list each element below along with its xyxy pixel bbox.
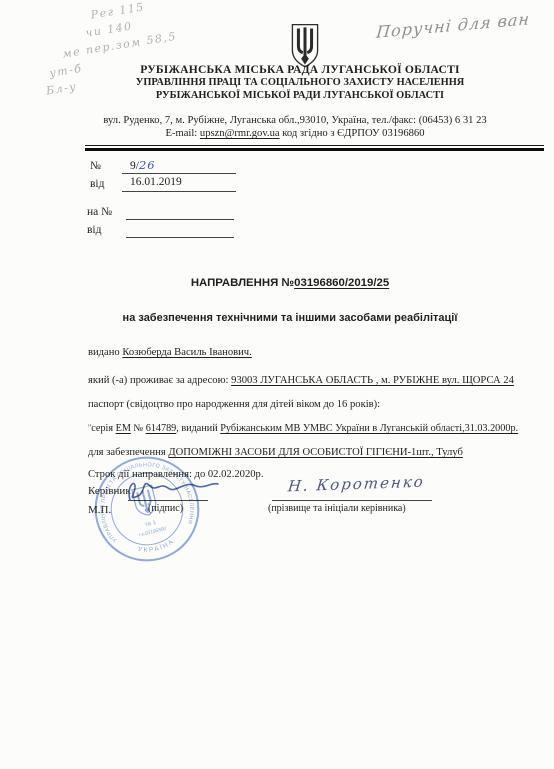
- residence-address: 93003 ЛУГАНСЬКА ОБЛАСТЬ , м. РУБІЖНЕ вул…: [231, 375, 514, 386]
- issued-to-line: видано Козюберда Василь Іванович.: [88, 347, 252, 358]
- edrpou-code: код згідно з ЄДРПОУ 03196860: [280, 128, 425, 139]
- issued-label: видано: [88, 347, 122, 358]
- series-label: серія: [91, 423, 115, 434]
- reply-date-field-empty: [126, 222, 234, 238]
- series-number-label: №: [131, 423, 146, 434]
- outgoing-number-label: №: [90, 160, 101, 172]
- stamp-number-text: № 1: [145, 520, 157, 528]
- passport-intro-line: паспорт (свідоцтво про народження для ді…: [88, 399, 380, 410]
- outgoing-number-field: 9/26: [122, 158, 236, 174]
- series-value: ЕМ: [116, 423, 131, 434]
- residence-line: який (-а) проживає за адресою: 93003 ЛУГ…: [88, 375, 514, 386]
- provision-value: ДОПОМІЖНІ ЗАСОБИ ДЛЯ ОСОБИСТОЇ ГІГІЄНИ-1…: [168, 447, 463, 458]
- outgoing-date-field: 16.01.2019: [122, 176, 236, 192]
- issued-by-value: Рубіжанським МВ УМВС України в Луганські…: [220, 423, 518, 434]
- document-subtitle: на забезпечення технічними та іншими зас…: [40, 312, 540, 324]
- org-contacts: вул. Руденко, 7, м. Рубіжне, Луганська о…: [50, 114, 540, 140]
- org-name-line1: РУБІЖАНСЬКА МІСЬКА РАДА ЛУГАНСЬКОЇ ОБЛАС…: [60, 63, 540, 76]
- outgoing-date-label: від: [90, 178, 104, 190]
- org-address-line: вул. Руденко, 7, м. Рубіжне, Луганська о…: [50, 114, 540, 127]
- head-name-caption: (прізвище та ініціали керівника): [268, 503, 406, 514]
- pencil-annotation-top-right: Поручні для ван: [376, 5, 554, 42]
- reply-number-label: на №: [87, 206, 112, 218]
- passport-details-line: "серія ЕМ № 614789, виданий Рубіжанським…: [88, 423, 518, 434]
- org-email-line: E-mail: upszn@rmr.gov.ua код згідно з ЄД…: [50, 127, 540, 140]
- stamp-trident-icon: [132, 485, 158, 517]
- stamp-code-text: і.к.03196860: [138, 526, 167, 539]
- header-divider: [85, 145, 544, 151]
- title-prefix: НАПРАВЛЕННЯ №: [191, 277, 294, 289]
- org-name-line2: УПРАВЛІННЯ ПРАЦІ ТА СОЦІАЛЬНОГО ЗАХИСТУ …: [60, 77, 540, 89]
- reply-number-field-empty: [126, 204, 234, 220]
- recipient-name: Козюберда Василь Іванович.: [122, 347, 251, 358]
- reply-date-label: від: [87, 224, 101, 236]
- document-title: НАПРАВЛЕННЯ №03196860/2019/25: [40, 277, 540, 289]
- residence-label: який (-а) проживає за адресою:: [88, 375, 231, 386]
- scanned-letter-page: Рег 115 чи 140 ме пер.зом 58,5 ут-б Бл-у…: [0, 0, 554, 769]
- org-header: РУБІЖАНСЬКА МІСЬКА РАДА ЛУГАНСЬКОЇ ОБЛАС…: [60, 63, 540, 102]
- email-address: upszn@rmr.gov.ua: [200, 128, 280, 139]
- issued-by-label: , виданий: [176, 423, 220, 434]
- outgoing-number-printed: 9/: [130, 160, 139, 172]
- series-number-value: 614789: [146, 423, 177, 434]
- org-name-line3: РУБІЖАНСЬКОЇ МІСЬКОЇ РАДИ ЛУГАНСЬКОЇ ОБЛ…: [60, 90, 540, 102]
- title-number: 03196860/2019/25: [294, 277, 389, 289]
- outgoing-number-handwritten: 26: [139, 158, 156, 172]
- official-round-stamp: УПРАВЛІННЯ ПРАЦІ ТА СОЦІАЛЬНОГО ЗАХИСТУ …: [80, 442, 213, 575]
- email-label: E-mail:: [165, 128, 199, 139]
